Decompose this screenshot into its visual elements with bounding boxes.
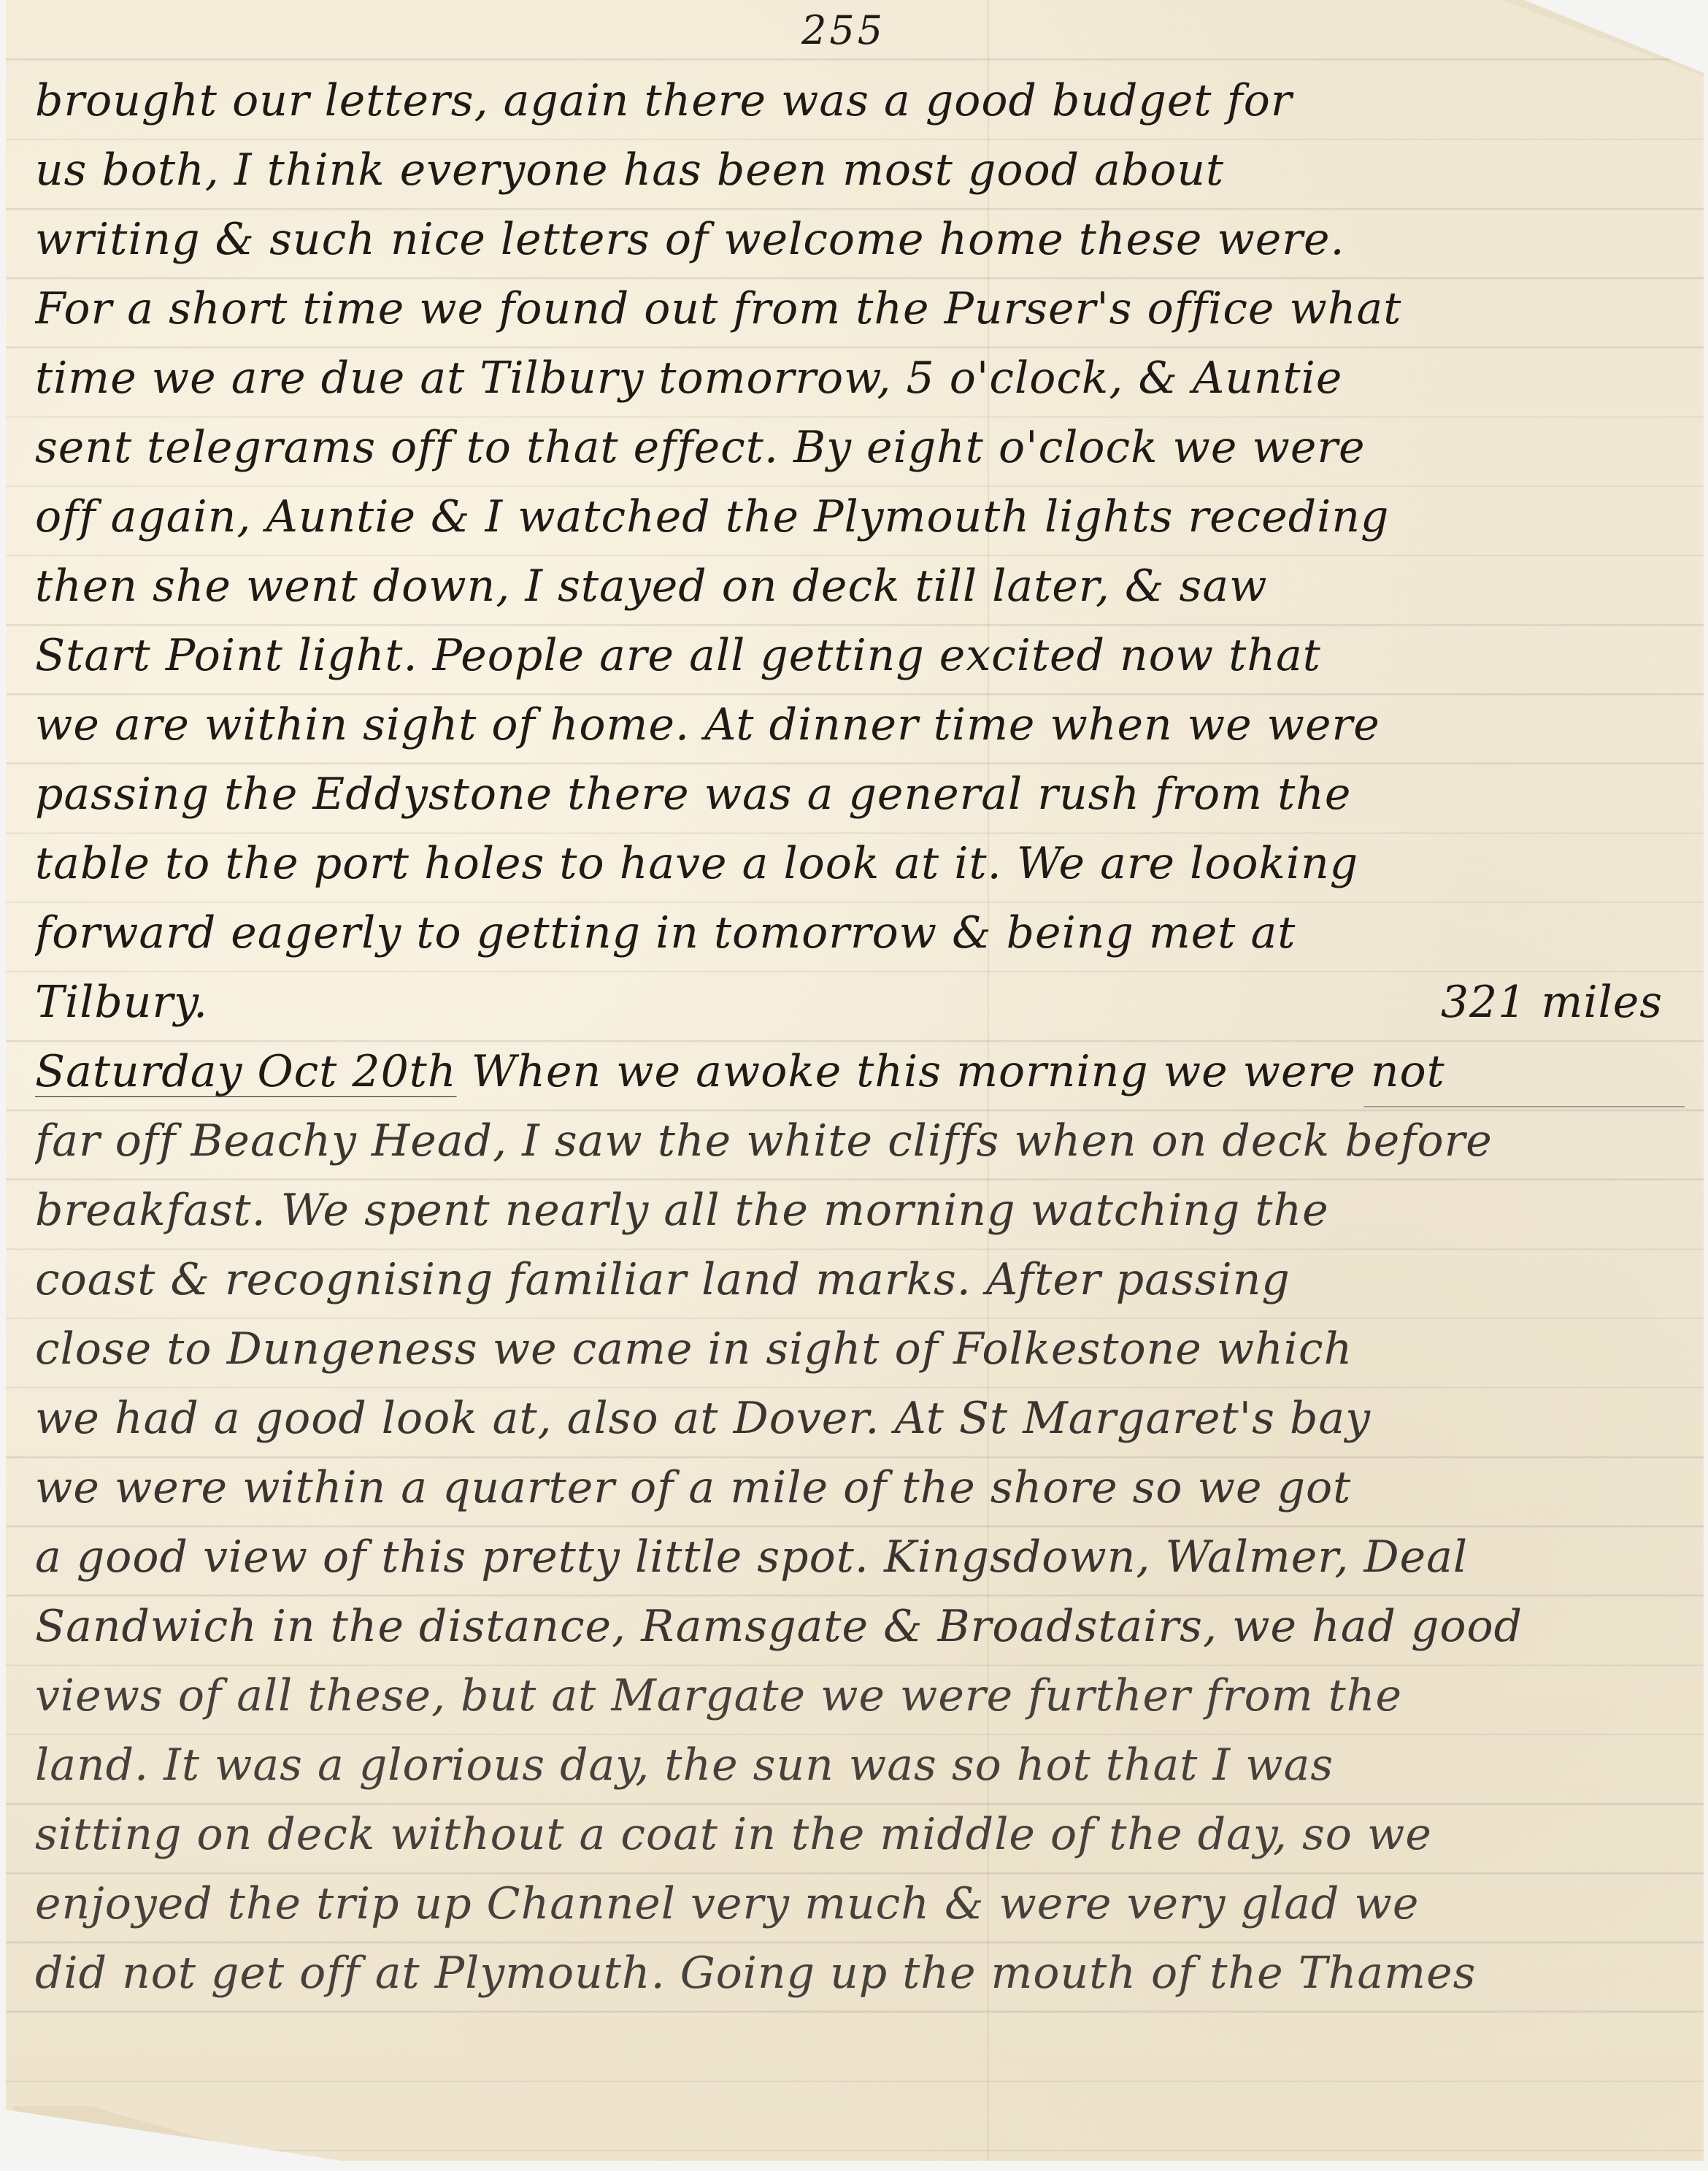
text-line: table to the port holes to have a look a…: [35, 820, 1685, 889]
line-text: we had a good look at, also at Dover. At…: [35, 1393, 1685, 1444]
diary-page: 255 brought our letters, again there was…: [6, 0, 1704, 2161]
text-line: sent telegrams off to that effect. By ei…: [35, 404, 1685, 473]
text-line: writing & such nice letters of welcome h…: [35, 196, 1685, 265]
line-text: land. It was a glorious day, the sun was…: [35, 1740, 1685, 1791]
line-text: close to Dungeness we came in sight of F…: [35, 1323, 1685, 1375]
text-line: us both, I think everyone has been most …: [35, 126, 1685, 196]
text-line: did not get off at Plymouth. Going up th…: [35, 1929, 1685, 1999]
line-text: Start Point light. People are all gettin…: [35, 630, 1685, 681]
line-text: we were within a quarter of a mile of th…: [35, 1462, 1685, 1513]
daily-mileage: 321 miles: [1441, 977, 1685, 1028]
text-line: off again, Auntie & I watched the Plymou…: [35, 473, 1685, 542]
dated-entry-line: Saturday Oct 20th When we awoke this mor…: [35, 1028, 1685, 1097]
line-text: Tilbury.: [35, 977, 1441, 1028]
line-text: breakfast. We spent nearly all the morni…: [35, 1185, 1685, 1236]
text-line: Sandwich in the distance, Ramsgate & Bro…: [35, 1583, 1685, 1652]
line-text: views of all these, but at Margate we we…: [35, 1670, 1685, 1721]
line-text: forward eagerly to getting in tomorrow &…: [35, 907, 1685, 958]
line-text: passing the Eddystone there was a genera…: [35, 769, 1685, 820]
text-line: close to Dungeness we came in sight of F…: [35, 1305, 1685, 1375]
line-text: did not get off at Plymouth. Going up th…: [35, 1948, 1685, 1999]
line-text: writing & such nice letters of welcome h…: [35, 214, 1685, 265]
line-text: a good view of this pretty little spot. …: [35, 1532, 1685, 1583]
line-text: far off Beachy Head, I saw the white cli…: [35, 1115, 1685, 1167]
text-line: forward eagerly to getting in tomorrow &…: [35, 889, 1685, 958]
text-line: far off Beachy Head, I saw the white cli…: [35, 1097, 1685, 1167]
line-text: coast & recognising familiar land marks.…: [35, 1254, 1685, 1305]
text-line: brought our letters, again there was a g…: [35, 57, 1685, 126]
line-text: us both, I think everyone has been most …: [35, 145, 1685, 196]
line-text: enjoyed the trip up Channel very much & …: [35, 1878, 1685, 1929]
line-text: sitting on deck without a coat in the mi…: [35, 1809, 1685, 1860]
page-number: 255: [801, 7, 885, 53]
text-line: then she went down, I stayed on deck til…: [35, 542, 1685, 612]
text-line: we are within sight of home. At dinner t…: [35, 681, 1685, 750]
mileage-rule-line: [1363, 1106, 1685, 1107]
line-text: When we awoke this morning we were not: [472, 1046, 1445, 1097]
text-line: we had a good look at, also at Dover. At…: [35, 1375, 1685, 1444]
text-line: passing the Eddystone there was a genera…: [35, 750, 1685, 820]
entry-date-heading: Saturday Oct 20th: [35, 1046, 457, 1097]
line-text: then she went down, I stayed on deck til…: [35, 561, 1685, 612]
text-line: time we are due at Tilbury tomorrow, 5 o…: [35, 334, 1685, 404]
line-text: table to the port holes to have a look a…: [35, 838, 1685, 889]
line-text: sent telegrams off to that effect. By ei…: [35, 422, 1685, 473]
text-line: views of all these, but at Margate we we…: [35, 1652, 1685, 1721]
line-text: time we are due at Tilbury tomorrow, 5 o…: [35, 353, 1685, 404]
line-text: off again, Auntie & I watched the Plymou…: [35, 491, 1685, 542]
text-line: breakfast. We spent nearly all the morni…: [35, 1167, 1685, 1236]
line-text: For a short time we found out from the P…: [35, 283, 1685, 334]
text-line: For a short time we found out from the P…: [35, 265, 1685, 334]
text-line: sitting on deck without a coat in the mi…: [35, 1791, 1685, 1860]
text-line: we were within a quarter of a mile of th…: [35, 1444, 1685, 1513]
text-line: Start Point light. People are all gettin…: [35, 612, 1685, 681]
text-line: enjoyed the trip up Channel very much & …: [35, 1860, 1685, 1929]
text-line: a good view of this pretty little spot. …: [35, 1513, 1685, 1583]
text-line: coast & recognising familiar land marks.…: [35, 1236, 1685, 1305]
line-text: we are within sight of home. At dinner t…: [35, 699, 1685, 750]
text-line: land. It was a glorious day, the sun was…: [35, 1721, 1685, 1791]
handwritten-text-body: brought our letters, again there was a g…: [35, 57, 1685, 1999]
text-line-with-mileage: Tilbury. 321 miles: [35, 958, 1685, 1028]
folded-corner-bottom-left: [13, 2106, 320, 2171]
line-text: Sandwich in the distance, Ramsgate & Bro…: [35, 1601, 1685, 1652]
line-text: brought our letters, again there was a g…: [35, 75, 1685, 126]
